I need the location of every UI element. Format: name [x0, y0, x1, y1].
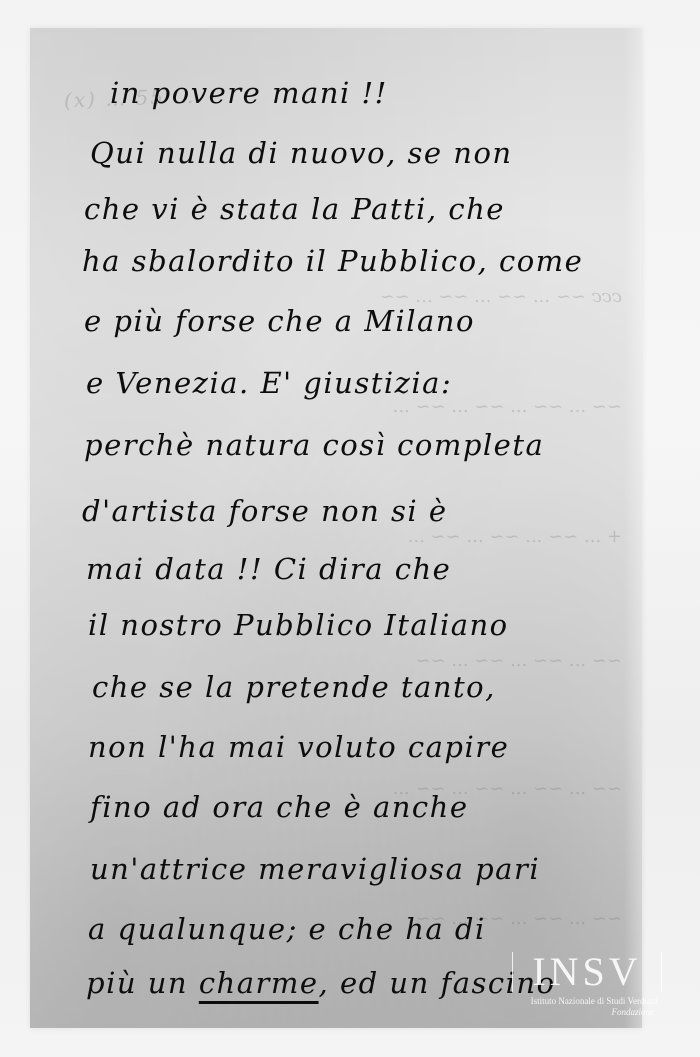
manuscript-line-16: più un charme, ed un fascino: [86, 966, 556, 1000]
manuscript-line-9: mai data !! Ci dira che: [86, 552, 451, 586]
manuscript-line-5: e più forse che a Milano: [84, 304, 475, 338]
manuscript-line-6: e Venezia. E' giustizia:: [86, 366, 452, 400]
manuscript-line-11: che se la pretende tanto,: [92, 670, 496, 704]
bleed-through-text: + ... ~~ ... ~~ ... ~~ ...: [50, 526, 622, 544]
manuscript-line-2: Qui nulla di nuovo, se non: [90, 136, 513, 170]
bleed-through-text: ccc ~~ ... ~~ ... ~~ ... ~~: [50, 286, 622, 304]
institute-name: Istituto Nazionale di Studi Verdiani: [512, 996, 662, 1007]
manuscript-line-4: ha sbalordito il Pubblico, come: [82, 244, 583, 278]
manuscript-line-1: in povere mani !!: [110, 76, 388, 110]
manuscript-line-10: il nostro Pubblico Italiano: [88, 608, 509, 642]
underlined-word: charme: [199, 966, 319, 1000]
institute-subtitle: Fondazione: [512, 1007, 662, 1018]
manuscript-line-16-text: più un charme, ed un fascino: [86, 966, 556, 1000]
bleed-through-text: ~~ ... ~~ ... ~~ ... ~~: [50, 650, 622, 668]
manuscript-line-3: che vi è stata la Patti, che: [84, 192, 505, 226]
manuscript-line-12: non l'ha mai voluto capire: [88, 730, 509, 764]
insv-logo: INSV: [512, 952, 662, 992]
manuscript-line-14: un'attrice meravigliosa pari: [90, 852, 540, 886]
manuscript-line-13: fino ad ora che è anche: [90, 790, 469, 824]
manuscript-line-7: perchè natura così completa: [84, 428, 544, 462]
manuscript-line-15: a qualunque; e che ha di: [88, 912, 486, 946]
insv-watermark: INSV Istituto Nazionale di Studi Verdian…: [512, 952, 662, 1024]
manuscript-line-8: d'artista forse non si è: [82, 494, 448, 528]
